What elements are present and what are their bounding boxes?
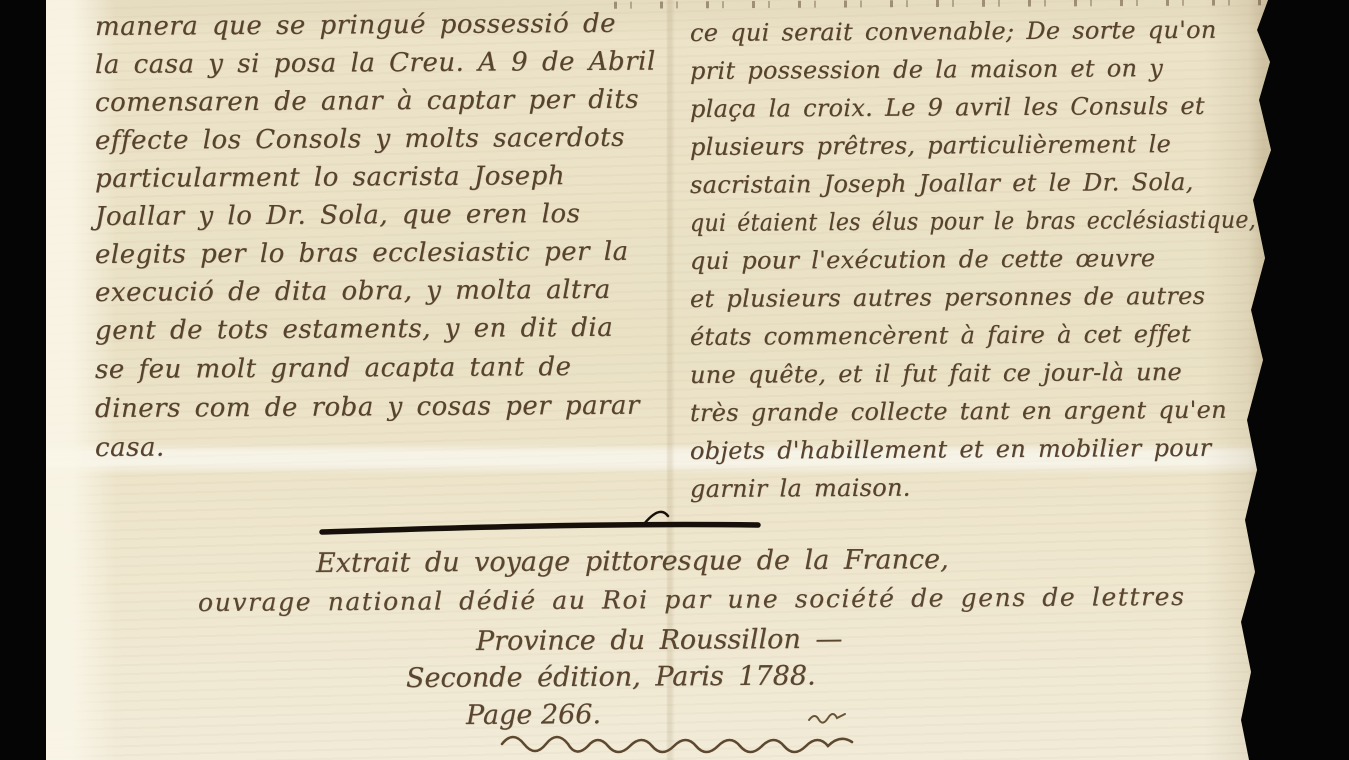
manuscript-line: sacristain Joseph Joallar et le Dr. Sola…: [690, 163, 1194, 204]
manuscript-line: manera que se pringué possessió de: [95, 5, 616, 46]
manuscript-line: comensaren de anar à captar per dits: [95, 81, 639, 122]
manuscript-line: très grande collecte tant en argent qu'e…: [690, 391, 1227, 432]
citation-line: ouvrage national dédié au Roi par une so…: [198, 582, 1186, 617]
manuscript-line: garnir la maison.: [690, 469, 911, 508]
manuscript-line: se feu molt grand acapta tant de: [95, 348, 572, 389]
manuscript-line: qui étaient les élus pour le bras ecclés…: [690, 201, 1256, 242]
citation-line: Seconde édition, Paris 1788.: [406, 660, 816, 694]
manuscript-photo: manera que se pringué possessió de la ca…: [0, 0, 1349, 760]
manuscript-line: Joallar y lo Dr. Sola, que eren los: [95, 195, 581, 236]
paper-sheet: manera que se pringué possessió de la ca…: [46, 0, 1274, 760]
manuscript-line: diners com de roba y cosas per parar: [95, 387, 640, 428]
manuscript-line: une quête, et il fut fait ce jour-là une: [690, 353, 1182, 394]
manuscript-line: ce qui serait convenable; De sorte qu'on: [690, 11, 1217, 52]
cropped-text-line-top: [600, 0, 1288, 9]
manuscript-line: prit possession de la maison et on y: [690, 49, 1163, 90]
manuscript-line: qui pour l'exécution de cette œuvre: [690, 239, 1156, 280]
manuscript-line: casa.: [95, 429, 165, 467]
section-divider-rule: [318, 506, 768, 540]
flourish-squiggle: [498, 724, 928, 756]
manuscript-line: execució de dita obra, y molta altra: [95, 271, 611, 312]
manuscript-line: la casa y si posa la Creu. A 9 de Abril: [95, 43, 656, 84]
manuscript-line: elegits per lo bras ecclesiastic per la: [95, 233, 629, 274]
manuscript-line: effecte los Consols y molts sacerdots: [95, 119, 625, 160]
manuscript-line: états commencèrent à faire à cet effet: [690, 315, 1191, 356]
manuscript-line: et plusieurs autres personnes de autres: [690, 277, 1205, 318]
manuscript-line: plaça la croix. Le 9 avril les Consuls e…: [690, 87, 1205, 128]
manuscript-line: plusieurs prêtres, particulièrement le: [690, 125, 1171, 166]
citation-line: Extrait du voyage pittoresque de la Fran…: [316, 544, 949, 579]
manuscript-line: particularment lo sacrista Joseph: [95, 157, 565, 198]
manuscript-line: gent de tots estaments, y en dit dia: [95, 309, 613, 350]
ink-mark: [806, 706, 852, 726]
manuscript-line: objets d'habillement et en mobilier pour: [690, 429, 1212, 470]
citation-line: Province du Roussillon —: [476, 624, 843, 657]
